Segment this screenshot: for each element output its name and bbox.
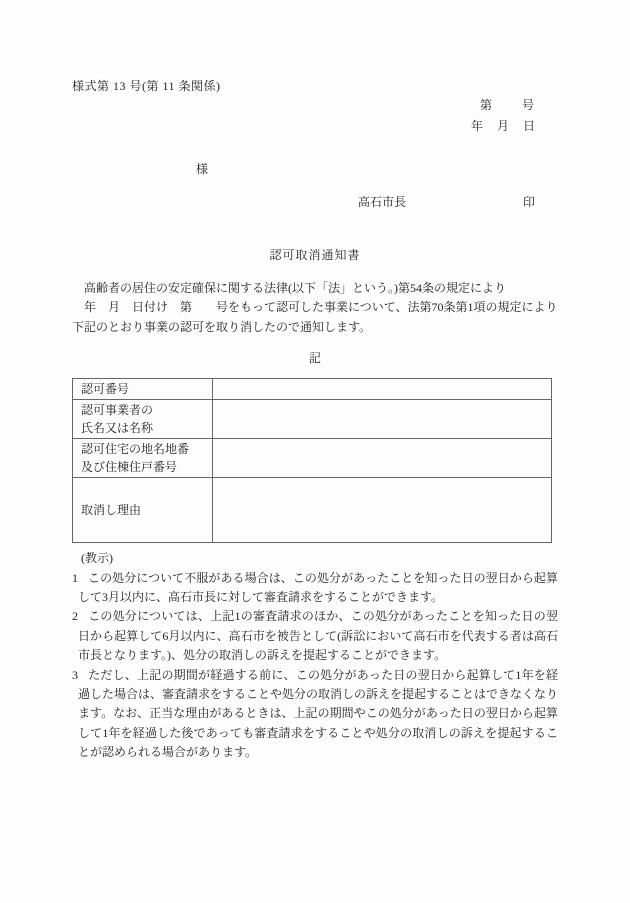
row-label: 認可番号: [73, 379, 213, 400]
row-label-line: 氏名又は名称: [81, 419, 206, 437]
row-label-line: 及び住棟住戸番号: [81, 458, 206, 476]
intro-paragraph: 高齢者の居住の安定確保に関する法律(以下「法」という。)第54条の規定により 年…: [72, 279, 558, 337]
notice-item-number: 1: [72, 571, 78, 585]
row-value-blank: [213, 379, 552, 400]
addressee-line: 様: [72, 161, 558, 177]
notice-heading: (教示): [72, 549, 558, 568]
table-row-approval-number: 認可番号: [73, 379, 552, 400]
document-title: 認可取消通知書: [72, 247, 558, 264]
notice-section: (教示) 1この処分について不服がある場合は、この処分があったことを知った日の翌…: [72, 549, 558, 762]
notice-item-1: 1この処分について不服がある場合は、この処分があったことを知った日の翌日から起算…: [72, 569, 558, 608]
row-label-line: 認可住宅の地名地番: [81, 440, 206, 458]
notice-item-text: ただし、上記の期間が経過する前に、この処分があった日の翌日から起算して1年を経過…: [78, 668, 558, 760]
row-label-line: 取消し理由: [81, 501, 206, 519]
row-label-line: 認可事業者の: [81, 401, 206, 419]
row-label: 認可事業者の 氏名又は名称: [73, 400, 213, 439]
record-marker: 記: [72, 350, 558, 367]
intro-line-2: 年 月 日付け 第 号をもって認可した事業について、法第70条第1項の規定により: [72, 298, 558, 317]
row-value-blank: [213, 478, 552, 543]
notice-item-number: 2: [72, 609, 78, 623]
row-value-blank: [213, 400, 552, 439]
notice-item-number: 3: [72, 668, 78, 682]
row-label: 認可住宅の地名地番 及び住棟住戸番号: [73, 439, 213, 478]
notice-item-2: 2この処分については、上記1の審査請求のほか、この処分があったことを知った日の翌…: [72, 607, 558, 665]
seal-mark: 印: [523, 194, 535, 210]
intro-line-1: 高齢者の居住の安定確保に関する法律(以下「法」という。)第54条の規定により: [72, 279, 558, 298]
notice-item-text: この処分については、上記1の審査請求のほか、この処分があったことを知った日の翌日…: [78, 609, 558, 662]
notice-item-text: この処分について不服がある場合は、この処分があったことを知った日の翌日から起算し…: [78, 571, 558, 604]
issuer-name: 高石市長: [358, 194, 406, 210]
row-label-line: 認可番号: [81, 380, 206, 398]
table-row-operator-name: 認可事業者の 氏名又は名称: [73, 400, 552, 439]
row-label: 取消し理由: [73, 478, 213, 543]
document-page: 様式第 13 号(第 11 条関係) 第 号 年 月 日 様 高石市長 印 認可…: [0, 0, 630, 903]
date-line: 年 月 日: [72, 118, 558, 134]
form-number: 様式第 13 号(第 11 条関係): [72, 78, 558, 94]
notice-item-3: 3ただし、上記の期間が経過する前に、この処分があった日の翌日から起算して1年を経…: [72, 666, 558, 763]
detail-table: 認可番号 認可事業者の 氏名又は名称 認可住宅の地名地番 及び住棟住戸番号 取消…: [72, 378, 552, 543]
row-value-blank: [213, 439, 552, 478]
table-row-cancellation-reason: 取消し理由: [73, 478, 552, 543]
table-row-housing-location: 認可住宅の地名地番 及び住棟住戸番号: [73, 439, 552, 478]
intro-line-3: 下記のとおり事業の認可を取り消したので通知します。: [72, 318, 558, 337]
document-number-line: 第 号: [72, 97, 558, 113]
issuer-line: 高石市長 印: [72, 194, 558, 210]
